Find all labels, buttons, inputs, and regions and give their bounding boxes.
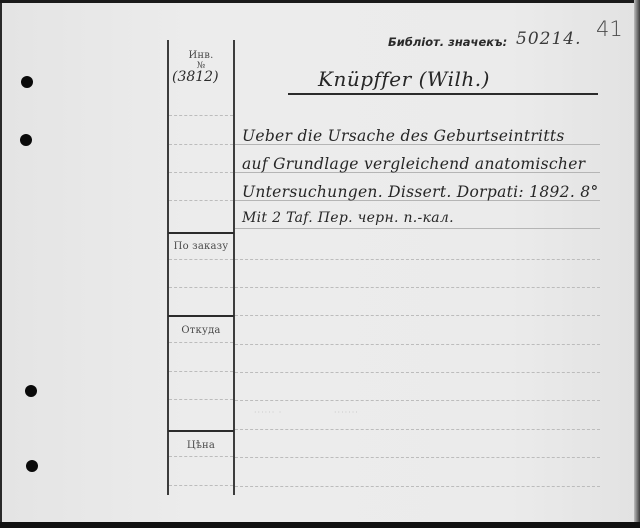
page-number: 41 — [596, 17, 623, 41]
ruled-line — [169, 259, 233, 260]
ruled-line — [235, 287, 600, 288]
ruled-line — [235, 486, 600, 487]
title-line-4: Mit 2 Taf. Пер. черн. п.-кал. — [242, 210, 454, 226]
ruled-line — [169, 172, 233, 173]
ruled-line — [235, 457, 600, 458]
card-bottom-edge — [0, 522, 640, 528]
ruled-line — [235, 259, 600, 260]
author-underline — [288, 93, 598, 95]
punch-hole-icon — [25, 385, 37, 397]
field-label-source: Откуда — [168, 325, 234, 336]
punch-hole-icon — [26, 460, 38, 472]
author-name: Knüpffer (Wilh.) — [318, 67, 490, 91]
field-label-by-order: По заказу — [168, 241, 234, 252]
ruled-line — [235, 315, 600, 316]
catalog-card: Инв. № (3812) По заказу Откуда Цѣна Библ… — [0, 3, 638, 522]
inventory-number: (3812) — [172, 69, 219, 85]
section-separator — [168, 430, 234, 432]
ruled-line — [169, 399, 233, 400]
punch-hole-icon — [21, 76, 33, 88]
ruled-line — [169, 287, 233, 288]
faint-mark: ······ · — [254, 408, 282, 417]
ruled-line — [169, 371, 233, 372]
punch-hole-icon — [20, 134, 32, 146]
title-line-2: auf Grundlage vergleichend anatomischer — [242, 155, 585, 173]
library-mark-label: Библіот. значекъ: — [388, 35, 507, 49]
section-separator — [168, 232, 234, 234]
ruled-line — [169, 456, 233, 457]
ruled-line — [169, 485, 233, 486]
ruled-line — [235, 372, 600, 373]
column-divider-left — [167, 40, 169, 495]
library-mark-value: 50214. — [516, 29, 581, 49]
column-divider-right — [233, 40, 235, 495]
ruled-line — [169, 144, 233, 145]
ruled-line — [235, 228, 600, 229]
ruled-line — [235, 400, 600, 401]
ruled-line — [235, 344, 600, 345]
card-edge — [634, 0, 640, 528]
faint-mark: ······· — [334, 408, 359, 417]
section-separator — [168, 315, 234, 317]
title-line-1: Ueber die Ursache des Geburtseintritts — [242, 127, 565, 145]
field-label-price: Цѣна — [168, 440, 234, 451]
inventory-label: Инв. — [168, 50, 234, 61]
ruled-line — [169, 200, 233, 201]
ruled-line — [169, 342, 233, 343]
ruled-line — [235, 429, 600, 430]
title-line-3: Untersuchungen. Dissert. Dorpati: 1892. … — [242, 183, 599, 201]
ruled-line — [169, 115, 233, 116]
